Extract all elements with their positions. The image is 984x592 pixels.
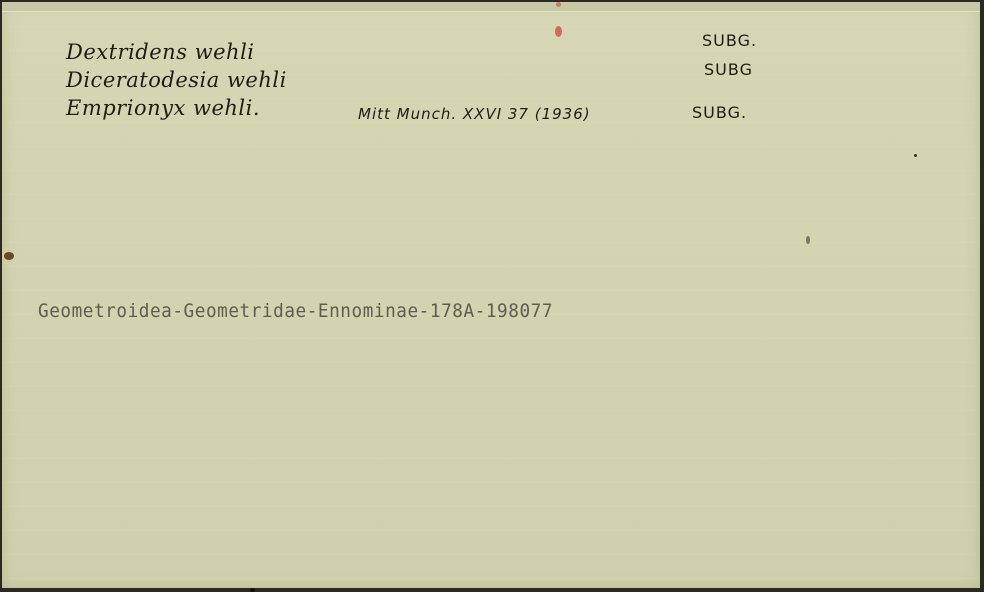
- entry-1-rank: SUBG.: [702, 31, 757, 50]
- index-card: Dextridens wehli Diceratodesia wehli Emp…: [2, 2, 980, 588]
- dot-mark: [914, 154, 917, 157]
- entry-3-name: Emprionyx wehli.: [66, 96, 260, 120]
- entry-3-rank: SUBG.: [692, 103, 747, 122]
- stain-spot: [4, 252, 14, 260]
- red-ink-mark: [555, 26, 562, 37]
- red-ink-mark-top: [556, 2, 561, 7]
- entry-2-name: Diceratodesia wehli: [66, 68, 287, 92]
- smudge-mark: [806, 236, 810, 244]
- card-top-edge: [2, 2, 980, 12]
- entry-2-rank: SUBG: [704, 60, 753, 79]
- entry-3-reference: Mitt Munch. XXVI 37 (1936): [358, 105, 591, 123]
- typed-classification: Geometroidea-Geometridae-Ennominae-178A-…: [38, 300, 553, 322]
- entry-1-name: Dextridens wehli: [66, 40, 255, 64]
- dot-mark-bottom: [250, 588, 255, 592]
